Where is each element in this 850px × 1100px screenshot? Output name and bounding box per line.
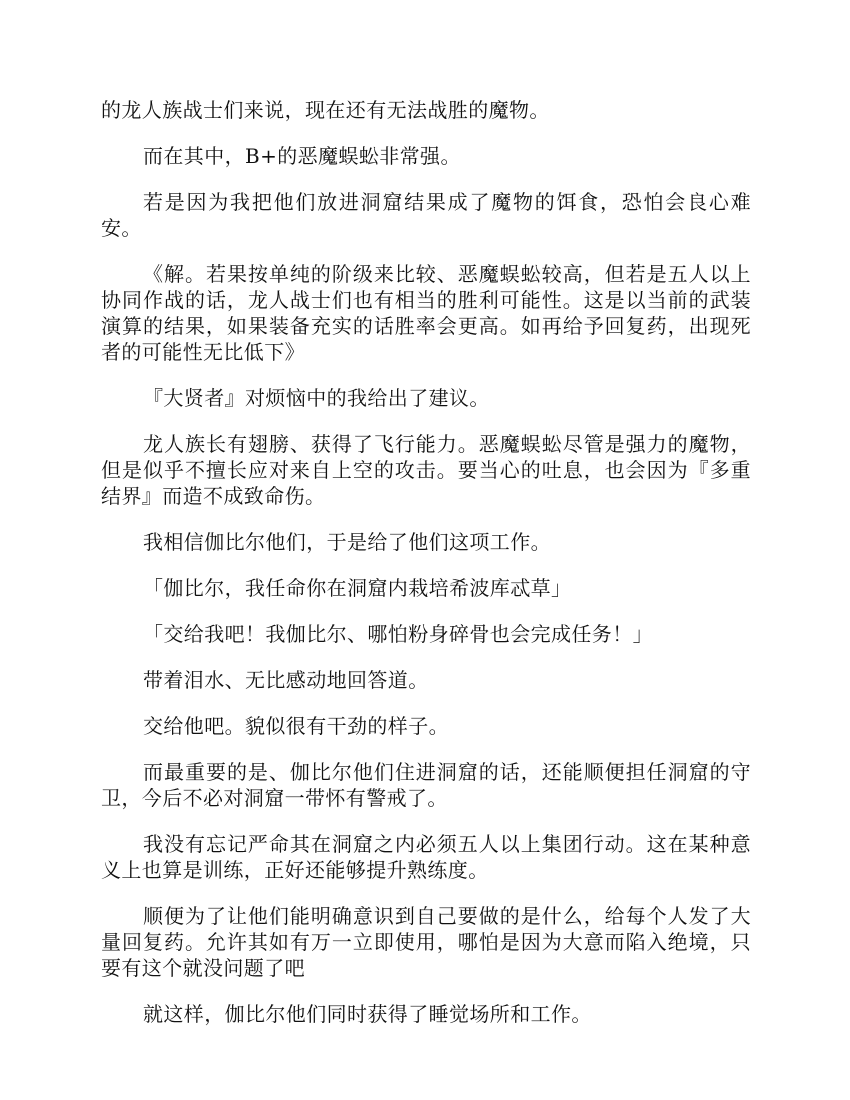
paragraph: 带着泪水、无比感动地回答道。 <box>101 667 751 693</box>
document-page: 的龙人族战士们来说，现在还有无法战胜的魔物。 而在其中，B+的恶魔蜈蚣非常强。 … <box>101 97 751 1047</box>
paragraph: 的龙人族战士们来说，现在还有无法战胜的魔物。 <box>101 97 751 123</box>
paragraph: 我没有忘记严命其在洞窟之内必须五人以上集团行动。这在某种意义上也算是训练，正好还… <box>101 831 751 883</box>
paragraph: 我相信伽比尔他们，于是给了他们这项工作。 <box>101 529 751 555</box>
paragraph: 交给他吧。貌似很有干劲的样子。 <box>101 713 751 739</box>
paragraph: 就这样，伽比尔他们同时获得了睡觉场所和工作。 <box>101 1001 751 1027</box>
paragraph: 『大贤者』对烦恼中的我给出了建议。 <box>101 385 751 411</box>
dialogue-line: 「交给我吧！我伽比尔、哪怕粉身碎骨也会完成任务！」 <box>101 621 751 647</box>
dialogue-line: 「伽比尔，我任命你在洞窟内栽培希波库忒草」 <box>101 575 751 601</box>
paragraph: 龙人族长有翅膀、获得了飞行能力。恶魔蜈蚣尽管是强力的魔物，但是似乎不擅长应对来自… <box>101 431 751 509</box>
paragraph: 顺便为了让他们能明确意识到自己要做的是什么，给每个人发了大量回复药。允许其如有万… <box>101 903 751 981</box>
paragraph: 若是因为我把他们放进洞窟结果成了魔物的饵食，恐怕会良心难安。 <box>101 189 751 241</box>
paragraph: 而最重要的是、伽比尔他们住进洞窟的话，还能顺便担任洞窟的守卫，今后不必对洞窟一带… <box>101 759 751 811</box>
paragraph: 《解。若果按单纯的阶级来比较、恶魔蜈蚣较高，但若是五人以上协同作战的话，龙人战士… <box>101 261 751 365</box>
paragraph: 而在其中，B+的恶魔蜈蚣非常强。 <box>101 143 751 169</box>
